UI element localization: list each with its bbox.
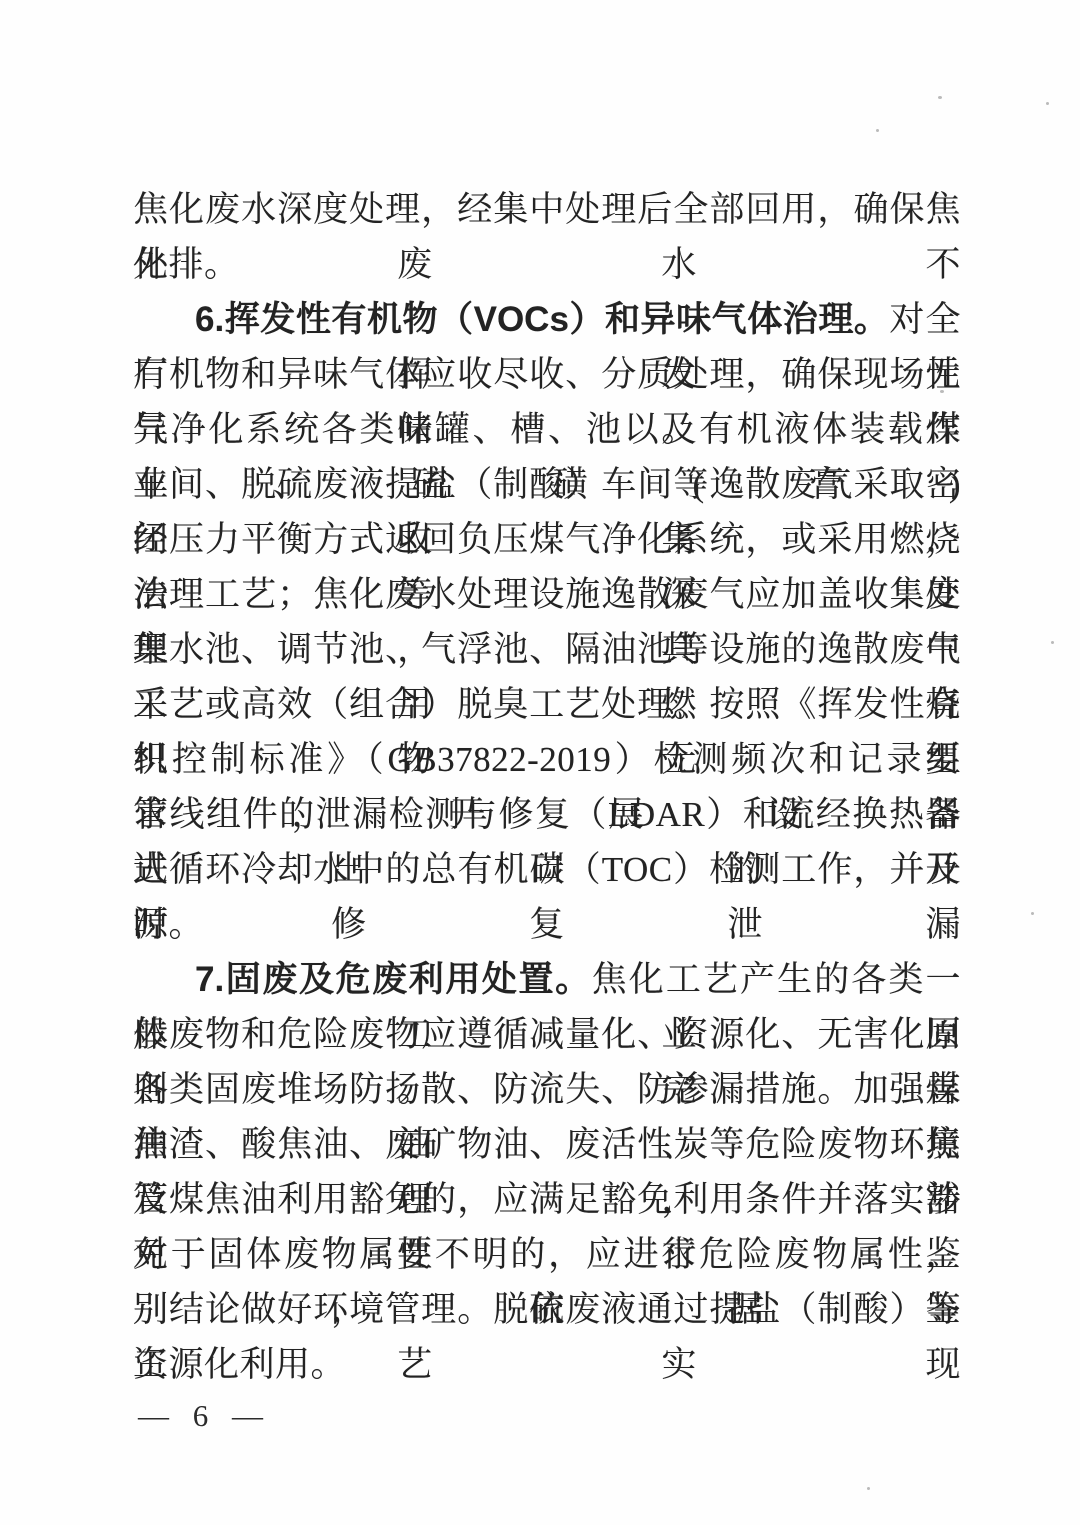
scan-speck [140, 364, 143, 367]
scan-speck [1051, 641, 1054, 644]
text-line: 对于固体废物属性不明的，应进行危险废物属性鉴别，依据鉴 [133, 1227, 961, 1282]
text-line: 各类固废堆场防扬散、防流失、防渗漏措施。加强煤焦油、焦 [133, 1062, 961, 1117]
line-text: 焦化废水深度处理，经集中处理后全部回用，确保焦化废水不 [133, 190, 961, 284]
text-line: 管线组件的泄漏检测与修复（LDAR）和流经换热器进出口的开 [133, 787, 961, 842]
document-text-block: 焦化废水深度处理，经集中处理后全部回用，确保焦化废水不 外排。 6.挥发性有机物… [133, 182, 961, 1392]
text-line: 工艺或高效（组合）脱臭工艺处理。按照《挥发性有机物无组 [133, 677, 961, 732]
section-heading-line: 6.挥发性有机物（VOCs）和异味气体治理。对全厂挥发性 [133, 292, 961, 347]
scan-speck [867, 1487, 870, 1490]
text-line: 体废物和危险废物应遵循减量化、资源化、无害化原则。完善 [133, 1007, 961, 1062]
line-text: 源。 [133, 905, 204, 944]
text-line: 有机物和异味气体应收尽收、分质处理，确保现场无异味。煤 [133, 347, 961, 402]
text-line: 式循环冷却水中的总有机碳（TOC）检测工作，并及时修复泄漏 [133, 842, 961, 897]
section6-heading: 6.挥发性有机物（VOCs）和异味气体治理。 [195, 300, 889, 339]
line-text: 资源化利用。 [133, 1345, 346, 1384]
scan-speck [938, 96, 942, 99]
text-line: 油渣、酸焦油、废矿物油、废活性炭等危险废物环境管理，涉 [133, 1117, 961, 1172]
text-line: 织控制标准》（GB37822-2019）检测频次和记录要求，开展设备 [133, 732, 961, 787]
text-line: 集水池、调节池、气浮池、隔油池等设施的逸散废气采用燃烧 [133, 622, 961, 677]
line-text: 式循环冷却水中的总有机碳（TOC）检测工作，并及时修复泄漏 [133, 850, 961, 944]
text-line: 及煤焦油利用豁免的，应满足豁免利用条件并落实豁免要求， [133, 1172, 961, 1227]
page-number-footer: — 6 — [138, 1396, 298, 1436]
scan-speck [876, 129, 879, 132]
document-page: 焦化废水深度处理，经集中处理后全部回用，确保焦化废水不 外排。 6.挥发性有机物… [0, 0, 1080, 1525]
text-line: 经压力平衡方式返回负压煤气净化系统，或采用燃烧法等深度 [133, 512, 961, 567]
text-line: 气净化系统各类储罐、槽、池以及有机液体装载作业、硫磺(膏) [133, 402, 961, 457]
text-line: 治理工艺；焦化废水处理设施逸散废气应加盖收集处理，其中 [133, 567, 961, 622]
text-line: 别结论做好环境管理。脱硫废液通过提盐（制酸）等工艺实现 [133, 1282, 961, 1337]
scan-speck [1046, 102, 1049, 105]
section-heading-line: 7.固废及危废利用处置。焦化工艺产生的各类一般工业固 [133, 952, 961, 1007]
section7-heading: 7.固废及危废利用处置。 [195, 960, 592, 999]
text-line: 车间、脱硫废液提盐（制酸）车间等逸散废气采取密闭收集， [133, 457, 961, 512]
text-line: 焦化废水深度处理，经集中处理后全部回用，确保焦化废水不 [133, 182, 961, 237]
line-text: 外排。 [133, 245, 240, 284]
scan-speck [1031, 912, 1034, 915]
scan-speck [940, 390, 944, 393]
